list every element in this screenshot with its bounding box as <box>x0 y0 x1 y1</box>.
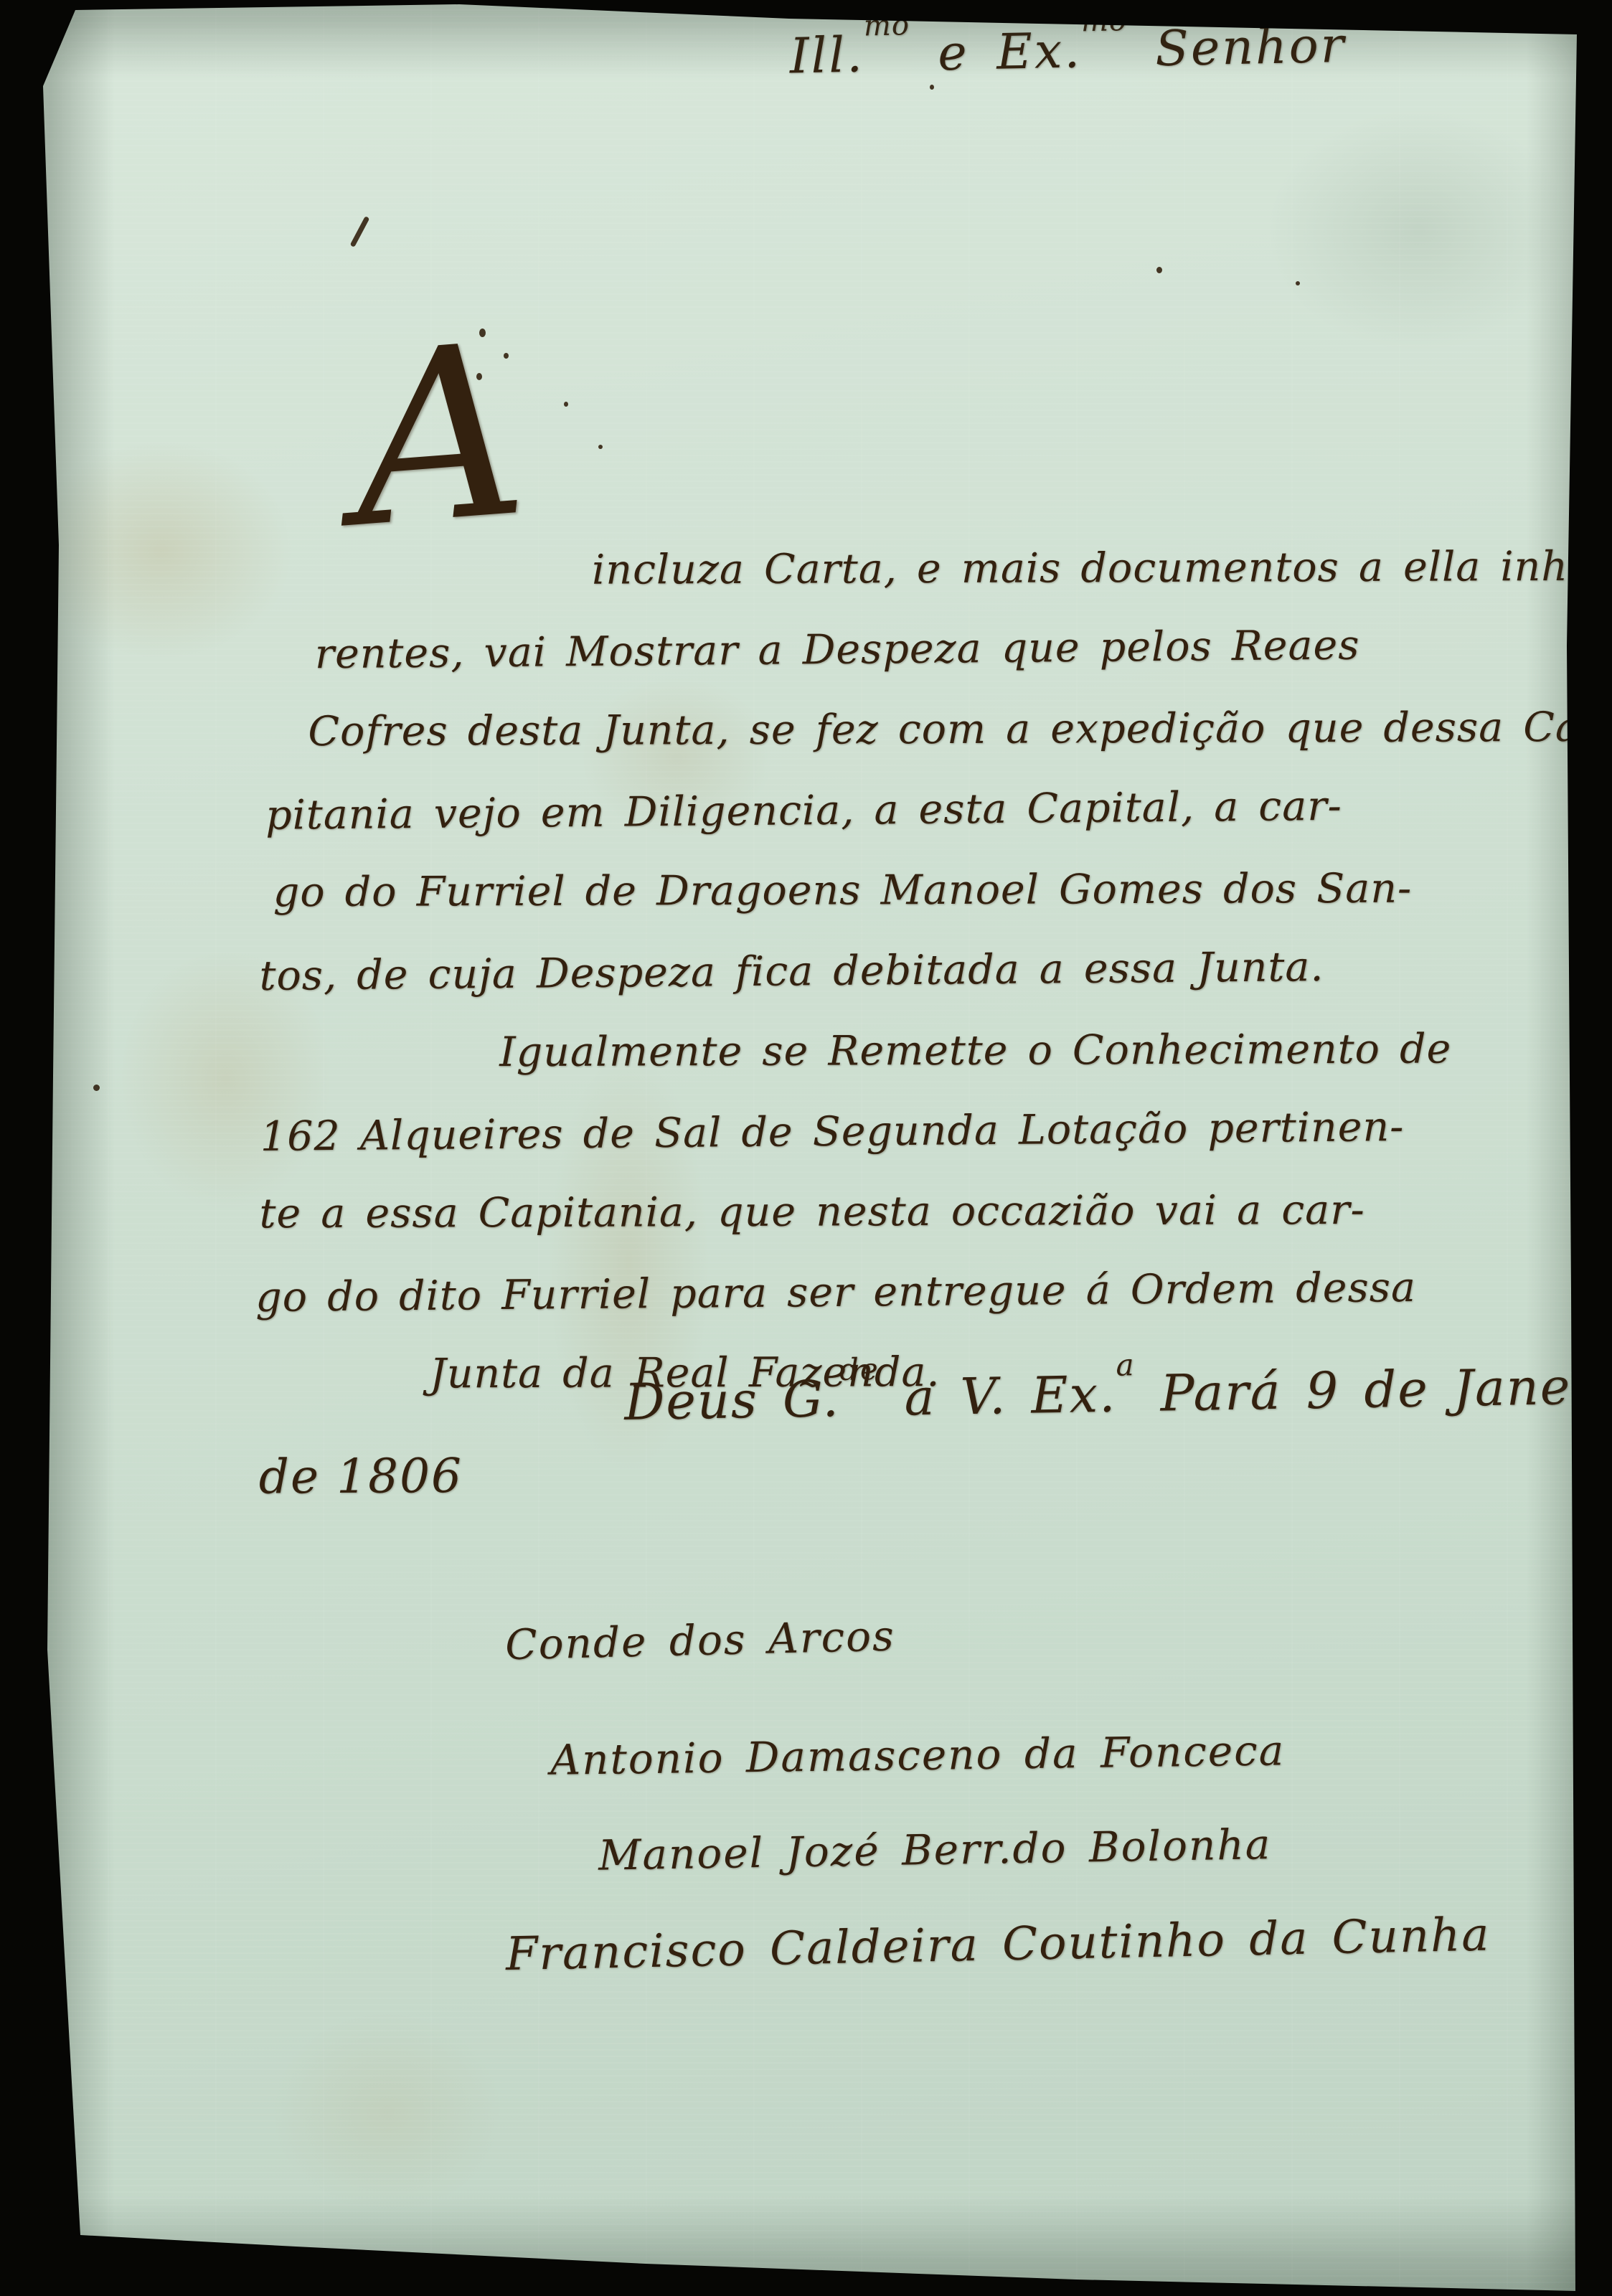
manuscript-line: Cofres desta Junta, se fez com a expediç… <box>252 687 1529 772</box>
ink-speck <box>504 353 509 359</box>
manuscript-line: pitania vejo em Diligencia, a esta Capit… <box>253 765 1530 856</box>
salutation-text: Senhor <box>1127 17 1347 78</box>
superscript-abbreviation: mo <box>863 9 910 43</box>
signature: Antonio Damasceno da Fonceca <box>550 1726 1286 1784</box>
letter-body: incluza Carta, e mais documentos a ella … <box>251 525 1533 1417</box>
ink-speck <box>93 1085 100 1091</box>
ink-speck <box>564 402 568 407</box>
manuscript-line: go do Furriel de Dragoens Manoel Gomes d… <box>253 848 1530 932</box>
salutation: Ill.mo e Ex.mo Senhor <box>789 17 1347 85</box>
ink-speck <box>479 329 486 337</box>
drop-cap-initial: A <box>344 312 533 561</box>
manuscript-line: go do dito Furriel para ser entregue á O… <box>255 1246 1533 1338</box>
paragraph-1: incluza Carta, e mais documentos a ella … <box>251 525 1531 1015</box>
manuscript-line: incluza Carta, e mais documentos a ella … <box>251 526 1528 611</box>
manuscript-line: Igualmente se Remette o Conhecimento de <box>254 1008 1531 1093</box>
dateline-text: a V. Ex. <box>880 1365 1117 1427</box>
salutation-text: Ill. <box>789 27 865 85</box>
manuscript-page: Ill.mo e Ex.mo Senhor A incluza Carta, e… <box>0 0 1612 2296</box>
paragraph-2: Igualmente se Remette o Conhecimento de1… <box>254 1007 1533 1417</box>
ink-speck <box>930 85 934 90</box>
dateline-text: Deus G. <box>624 1369 841 1432</box>
signature: Conde dos Arcos <box>504 1612 895 1670</box>
superscript-abbreviation: a <box>1116 1347 1136 1382</box>
scanned-document-photo: Ill.mo e Ex.mo Senhor A incluza Carta, e… <box>0 0 1612 2296</box>
dateline-text: Pará 9 de Janeiro <box>1136 1356 1612 1423</box>
pencil-mark <box>41 2110 61 2123</box>
superscript-abbreviation: mo <box>1080 4 1127 38</box>
manuscript-line: te a essa Capitania, que nesta occazião … <box>255 1169 1532 1254</box>
ink-speck <box>1156 267 1162 273</box>
superscript-abbreviation: de <box>839 1351 880 1387</box>
manuscript-line: tos, de cuja Despeza fica debitada a ess… <box>253 925 1531 1016</box>
manuscript-line: rentes, vai Mostrar a Despeza que pelos … <box>251 604 1529 696</box>
ink-speck <box>476 373 482 380</box>
dateline-year: de 1806 <box>259 1448 463 1505</box>
signature: Francisco Caldeira Coutinho da Cunha <box>505 1909 1491 1982</box>
ink-speck <box>598 445 603 449</box>
ink-speck <box>1296 281 1300 285</box>
letter-content: Ill.mo e Ex.mo Senhor A incluza Carta, e… <box>0 0 1612 2296</box>
manuscript-line: 162 Alqueires de Sal de Segunda Lotação … <box>254 1085 1532 1177</box>
signature: Manoel Jozé Berr.do Bolonha <box>598 1820 1271 1880</box>
signature-block: Conde dos ArcosAntonio Damasceno da Fonc… <box>498 1611 1505 2077</box>
salutation-text: e Ex. <box>910 22 1083 82</box>
